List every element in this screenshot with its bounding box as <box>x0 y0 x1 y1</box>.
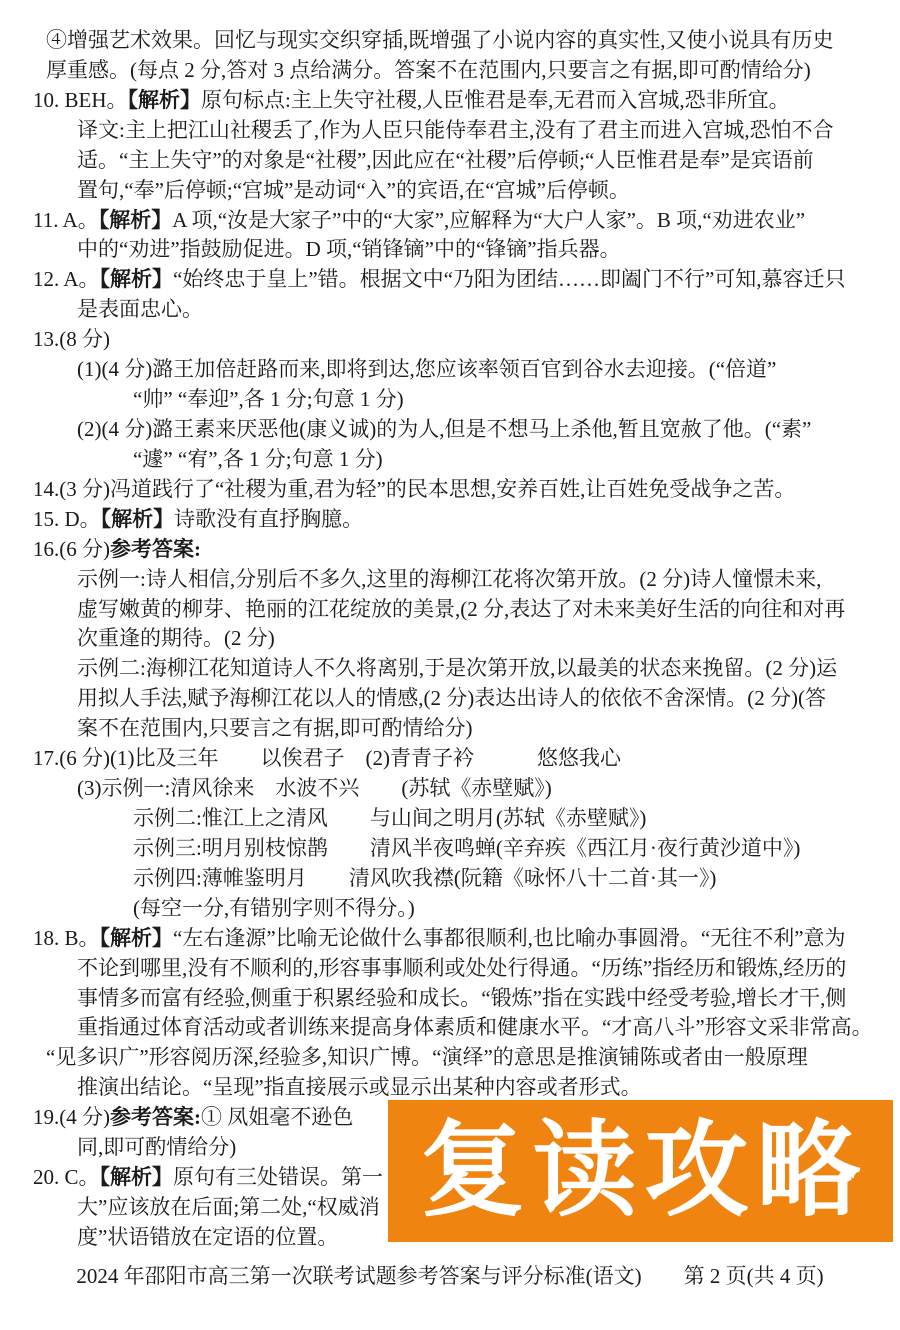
text-segment: (1)(4 分)潞王加倍赶路而来,即将到达,您应该率领百官到谷水去迎接。(“倍道… <box>77 357 776 381</box>
text-segment: A 项,“汝是大家子”中的“大家”,应解释为“大户人家”。B 项,“劝进农业” <box>172 208 805 232</box>
text-segment: (2)(4 分)潞王素来厌恶他(康义诚)的为人,但是不想马上杀他,暂且宽赦了他。… <box>77 417 811 441</box>
bold-label: 【解析】 <box>101 507 175 531</box>
text-line: 用拟人手法,赋予海柳江花以人的情感,(2 分)表达出诗人的依依不舍深情。(2 分… <box>0 684 900 714</box>
text-segment: 次重逢的期待。(2 分) <box>77 626 275 650</box>
text-line: (2)(4 分)潞王素来厌恶他(康义诚)的为人,但是不想马上杀他,暂且宽赦了他。… <box>0 415 900 445</box>
text-segment: 虚写嫩黄的柳芽、艳丽的江花绽放的美景,(2 分,表达了对未来美好生活的向往和对再 <box>77 597 845 621</box>
text-segment: 12. A。 <box>33 267 100 291</box>
text-line: 示例四:薄帷鉴明月 清风吹我襟(阮籍《咏怀八十二首·其一》) <box>0 864 900 894</box>
text-line: 虚写嫩黄的柳芽、艳丽的江花绽放的美景,(2 分,表达了对未来美好生活的向往和对再 <box>0 595 900 625</box>
text-line: 不论到哪里,没有不顺利的,形容事事顺利或处处行得通。“历练”指经历和锻炼,经历的 <box>0 954 900 984</box>
text-line: 14.(3 分)冯道践行了“社稷为重,君为轻”的民本思想,安养百姓,让百姓免受战… <box>0 475 900 505</box>
text-line: 17.(6 分)(1)比及三年 以俟君子 (2)青青子衿 悠悠我心 <box>0 744 900 774</box>
text-segment: 示例二:海柳江花知道诗人不久将离别,于是次第开放,以最美的状态来挽留。(2 分)… <box>77 656 837 680</box>
text-line: 事情多而富有经验,侧重于积累经验和成长。“锻炼”指在实践中经受考验,增长才干,侧 <box>0 984 900 1014</box>
text-segment: 14.(3 分)冯道践行了“社稷为重,君为轻”的民本思想,安养百姓,让百姓免受战… <box>33 477 795 501</box>
text-line: 13.(8 分) <box>0 325 900 355</box>
text-segment: 示例四:薄帷鉴明月 清风吹我襟(阮籍《咏怀八十二首·其一》) <box>133 866 716 890</box>
text-segment: ④增强艺术效果。回忆与现实交织穿插,既增强了小说内容的真实性,又使小说具有历史 <box>46 28 834 52</box>
text-segment: 18. B。 <box>33 926 100 950</box>
text-segment: 15. D。 <box>33 507 101 531</box>
text-segment: 案不在范围内,只要言之有据,即可酌情给分) <box>77 716 473 740</box>
text-line: 示例三:明月别枝惊鹊 清风半夜鸣蝉(辛弃疾《西江月·夜行黄沙道中》) <box>0 834 900 864</box>
text-segment: 17.(6 分)(1)比及三年 以俟君子 (2)青青子衿 悠悠我心 <box>33 746 621 770</box>
text-line: 推演出结论。“呈现”指直接展示或显示出某种内容或者形式。 <box>0 1073 900 1103</box>
text-segment: “遽” “宥”,各 1 分;句意 1 分) <box>133 447 383 471</box>
bold-label: 参考答案: <box>110 1105 201 1129</box>
text-segment: 度”状语错放在定语的位置。 <box>77 1225 338 1249</box>
text-segment: (每空一分,有错别字则不得分。) <box>133 896 415 920</box>
text-segment: 13.(8 分) <box>33 327 110 351</box>
text-line: 15. D。【解析】诗歌没有直抒胸臆。 <box>0 505 900 535</box>
text-line: (每空一分,有错别字则不得分。) <box>0 894 900 924</box>
text-line: 适。“主上失守”的对象是“社稷”,因此应在“社稷”后停顿;“人臣惟君是奉”是宾语… <box>0 146 900 176</box>
text-segment: 大”应该放在后面;第二处,“权威消 <box>77 1195 380 1219</box>
text-segment: 同,即可酌情给分) <box>77 1135 236 1159</box>
text-line: 示例二:惟江上之清风 与山间之明月(苏轼《赤壁赋》) <box>0 804 900 834</box>
text-line: 是表面忠心。 <box>0 295 900 325</box>
text-line: “遽” “宥”,各 1 分;句意 1 分) <box>0 445 900 475</box>
text-segment: 置句,“奉”后停顿;“宫城”是动词“入”的宾语,在“宫城”后停顿。 <box>77 178 630 202</box>
text-line: 厚重感。(每点 2 分,答对 3 点给满分。答案不在范围内,只要言之有据,即可酌… <box>0 56 900 86</box>
watermark-text: 复读攻略 <box>412 1119 868 1223</box>
bold-label: 【解析】 <box>128 88 202 112</box>
bold-label: 【解析】 <box>100 1165 174 1189</box>
text-segment: 诗歌没有直抒胸臆。 <box>174 507 363 531</box>
text-segment: (3)示例一:清风徐来 水波不兴 (苏轼《赤壁赋》) <box>77 776 552 800</box>
text-segment: 不论到哪里,没有不顺利的,形容事事顺利或处处行得通。“历练”指经历和锻炼,经历的 <box>77 956 846 980</box>
bold-label: 【解析】 <box>100 926 174 950</box>
text-segment: 适。“主上失守”的对象是“社稷”,因此应在“社稷”后停顿;“人臣惟君是奉”是宾语… <box>77 148 814 172</box>
text-segment: 原句有三处错误。第一 <box>173 1165 383 1189</box>
text-segment: “始终忠于皇上”错。根据文中“乃阳为团结……即阖门不行”可知,慕容迁只 <box>173 267 846 291</box>
text-line: 10. BEH。【解析】原句标点:主上失守社稷,人臣惟君是奉,无君而入宫城,恐非… <box>0 86 900 116</box>
bold-label: 参考答案: <box>110 537 201 561</box>
text-segment: 中的“劝进”指鼓励促进。D 项,“销锋镝”中的“锋镝”指兵器。 <box>77 237 621 261</box>
text-segment: 推演出结论。“呈现”指直接展示或显示出某种内容或者形式。 <box>77 1075 642 1099</box>
text-segment: 原句标点:主上失守社稷,人臣惟君是奉,无君而入宫城,恐非所宜。 <box>201 88 790 112</box>
text-segment: 16.(6 分) <box>33 537 110 561</box>
text-line: 11. A。【解析】A 项,“汝是大家子”中的“大家”,应解释为“大户人家”。B… <box>0 206 900 236</box>
answer-lines: ④增强艺术效果。回忆与现实交织穿插,既增强了小说内容的真实性,又使小说具有历史厚… <box>0 26 900 1253</box>
text-line: “帅” “奉迎”,各 1 分;句意 1 分) <box>0 385 900 415</box>
text-line: ④增强艺术效果。回忆与现实交织穿插,既增强了小说内容的真实性,又使小说具有历史 <box>0 26 900 56</box>
text-segment: 是表面忠心。 <box>77 297 203 321</box>
text-line: (1)(4 分)潞王加倍赶路而来,即将到达,您应该率领百官到谷水去迎接。(“倍道… <box>0 355 900 385</box>
text-segment: 19.(4 分) <box>33 1105 110 1129</box>
text-segment: 事情多而富有经验,侧重于积累经验和成长。“锻炼”指在实践中经受考验,增长才干,侧 <box>77 986 846 1010</box>
text-line: 案不在范围内,只要言之有据,即可酌情给分) <box>0 714 900 744</box>
text-segment: “左右逢源”比喻无论做什么事都很顺利,也比喻办事圆滑。“无往不利”意为 <box>173 926 846 950</box>
text-segment: 20. C。 <box>33 1165 100 1189</box>
text-segment: 重指通过体育活动或者训练来提高身体素质和健康水平。“才高八斗”形容文采非常高。 <box>77 1015 873 1039</box>
text-line: 示例二:海柳江花知道诗人不久将离别,于是次第开放,以最美的状态来挽留。(2 分)… <box>0 654 900 684</box>
text-segment: 11. A。 <box>33 208 99 232</box>
text-line: “见多识广”形容阅历深,经验多,知识广博。“演绎”的意思是推演铺陈或者由一般原理 <box>0 1043 900 1073</box>
text-line: 译文:主上把江山社稷丢了,作为人臣只能侍奉君主,没有了君主而进入宫城,恐怕不合 <box>0 116 900 146</box>
text-line: 重指通过体育活动或者训练来提高身体素质和健康水平。“才高八斗”形容文采非常高。 <box>0 1013 900 1043</box>
text-segment: ① 凤姐毫不逊色 <box>201 1105 353 1129</box>
text-line: (3)示例一:清风徐来 水波不兴 (苏轼《赤壁赋》) <box>0 774 900 804</box>
bold-label: 【解析】 <box>99 208 173 232</box>
text-segment: 示例三:明月别枝惊鹊 清风半夜鸣蝉(辛弃疾《西江月·夜行黄沙道中》) <box>133 836 800 860</box>
watermark-overlay: 复读攻略 <box>388 1100 893 1242</box>
text-segment: 译文:主上把江山社稷丢了,作为人臣只能侍奉君主,没有了君主而进入宫城,恐怕不合 <box>77 118 834 142</box>
bold-label: 【解析】 <box>100 267 174 291</box>
text-segment: 示例二:惟江上之清风 与山间之明月(苏轼《赤壁赋》) <box>133 806 646 830</box>
text-line: 次重逢的期待。(2 分) <box>0 624 900 654</box>
text-line: 示例一:诗人相信,分别后不多久,这里的海柳江花将次第开放。(2 分)诗人憧憬未来… <box>0 565 900 595</box>
text-line: 18. B。【解析】“左右逢源”比喻无论做什么事都很顺利,也比喻办事圆滑。“无往… <box>0 924 900 954</box>
text-segment: 10. BEH。 <box>33 88 128 112</box>
text-segment: “帅” “奉迎”,各 1 分;句意 1 分) <box>133 387 404 411</box>
text-segment: 示例一:诗人相信,分别后不多久,这里的海柳江花将次第开放。(2 分)诗人憧憬未来… <box>77 567 821 591</box>
exam-answer-page: ④增强艺术效果。回忆与现实交织穿插,既增强了小说内容的真实性,又使小说具有历史厚… <box>0 0 900 1330</box>
text-line: 中的“劝进”指鼓励促进。D 项,“销锋镝”中的“锋镝”指兵器。 <box>0 235 900 265</box>
text-segment: 厚重感。(每点 2 分,答对 3 点给满分。答案不在范围内,只要言之有据,即可酌… <box>46 58 811 82</box>
text-segment: 用拟人手法,赋予海柳江花以人的情感,(2 分)表达出诗人的依依不舍深情。(2 分… <box>77 686 826 710</box>
text-line: 16.(6 分)参考答案: <box>0 535 900 565</box>
text-line: 置句,“奉”后停顿;“宫城”是动词“入”的宾语,在“宫城”后停顿。 <box>0 176 900 206</box>
text-line: 12. A。【解析】“始终忠于皇上”错。根据文中“乃阳为团结……即阖门不行”可知… <box>0 265 900 295</box>
page-footer: 2024 年邵阳市高三第一次联考试题参考答案与评分标准(语文) 第 2 页(共 … <box>0 1260 900 1292</box>
text-segment: “见多识广”形容阅历深,经验多,知识广博。“演绎”的意思是推演铺陈或者由一般原理 <box>46 1045 808 1069</box>
